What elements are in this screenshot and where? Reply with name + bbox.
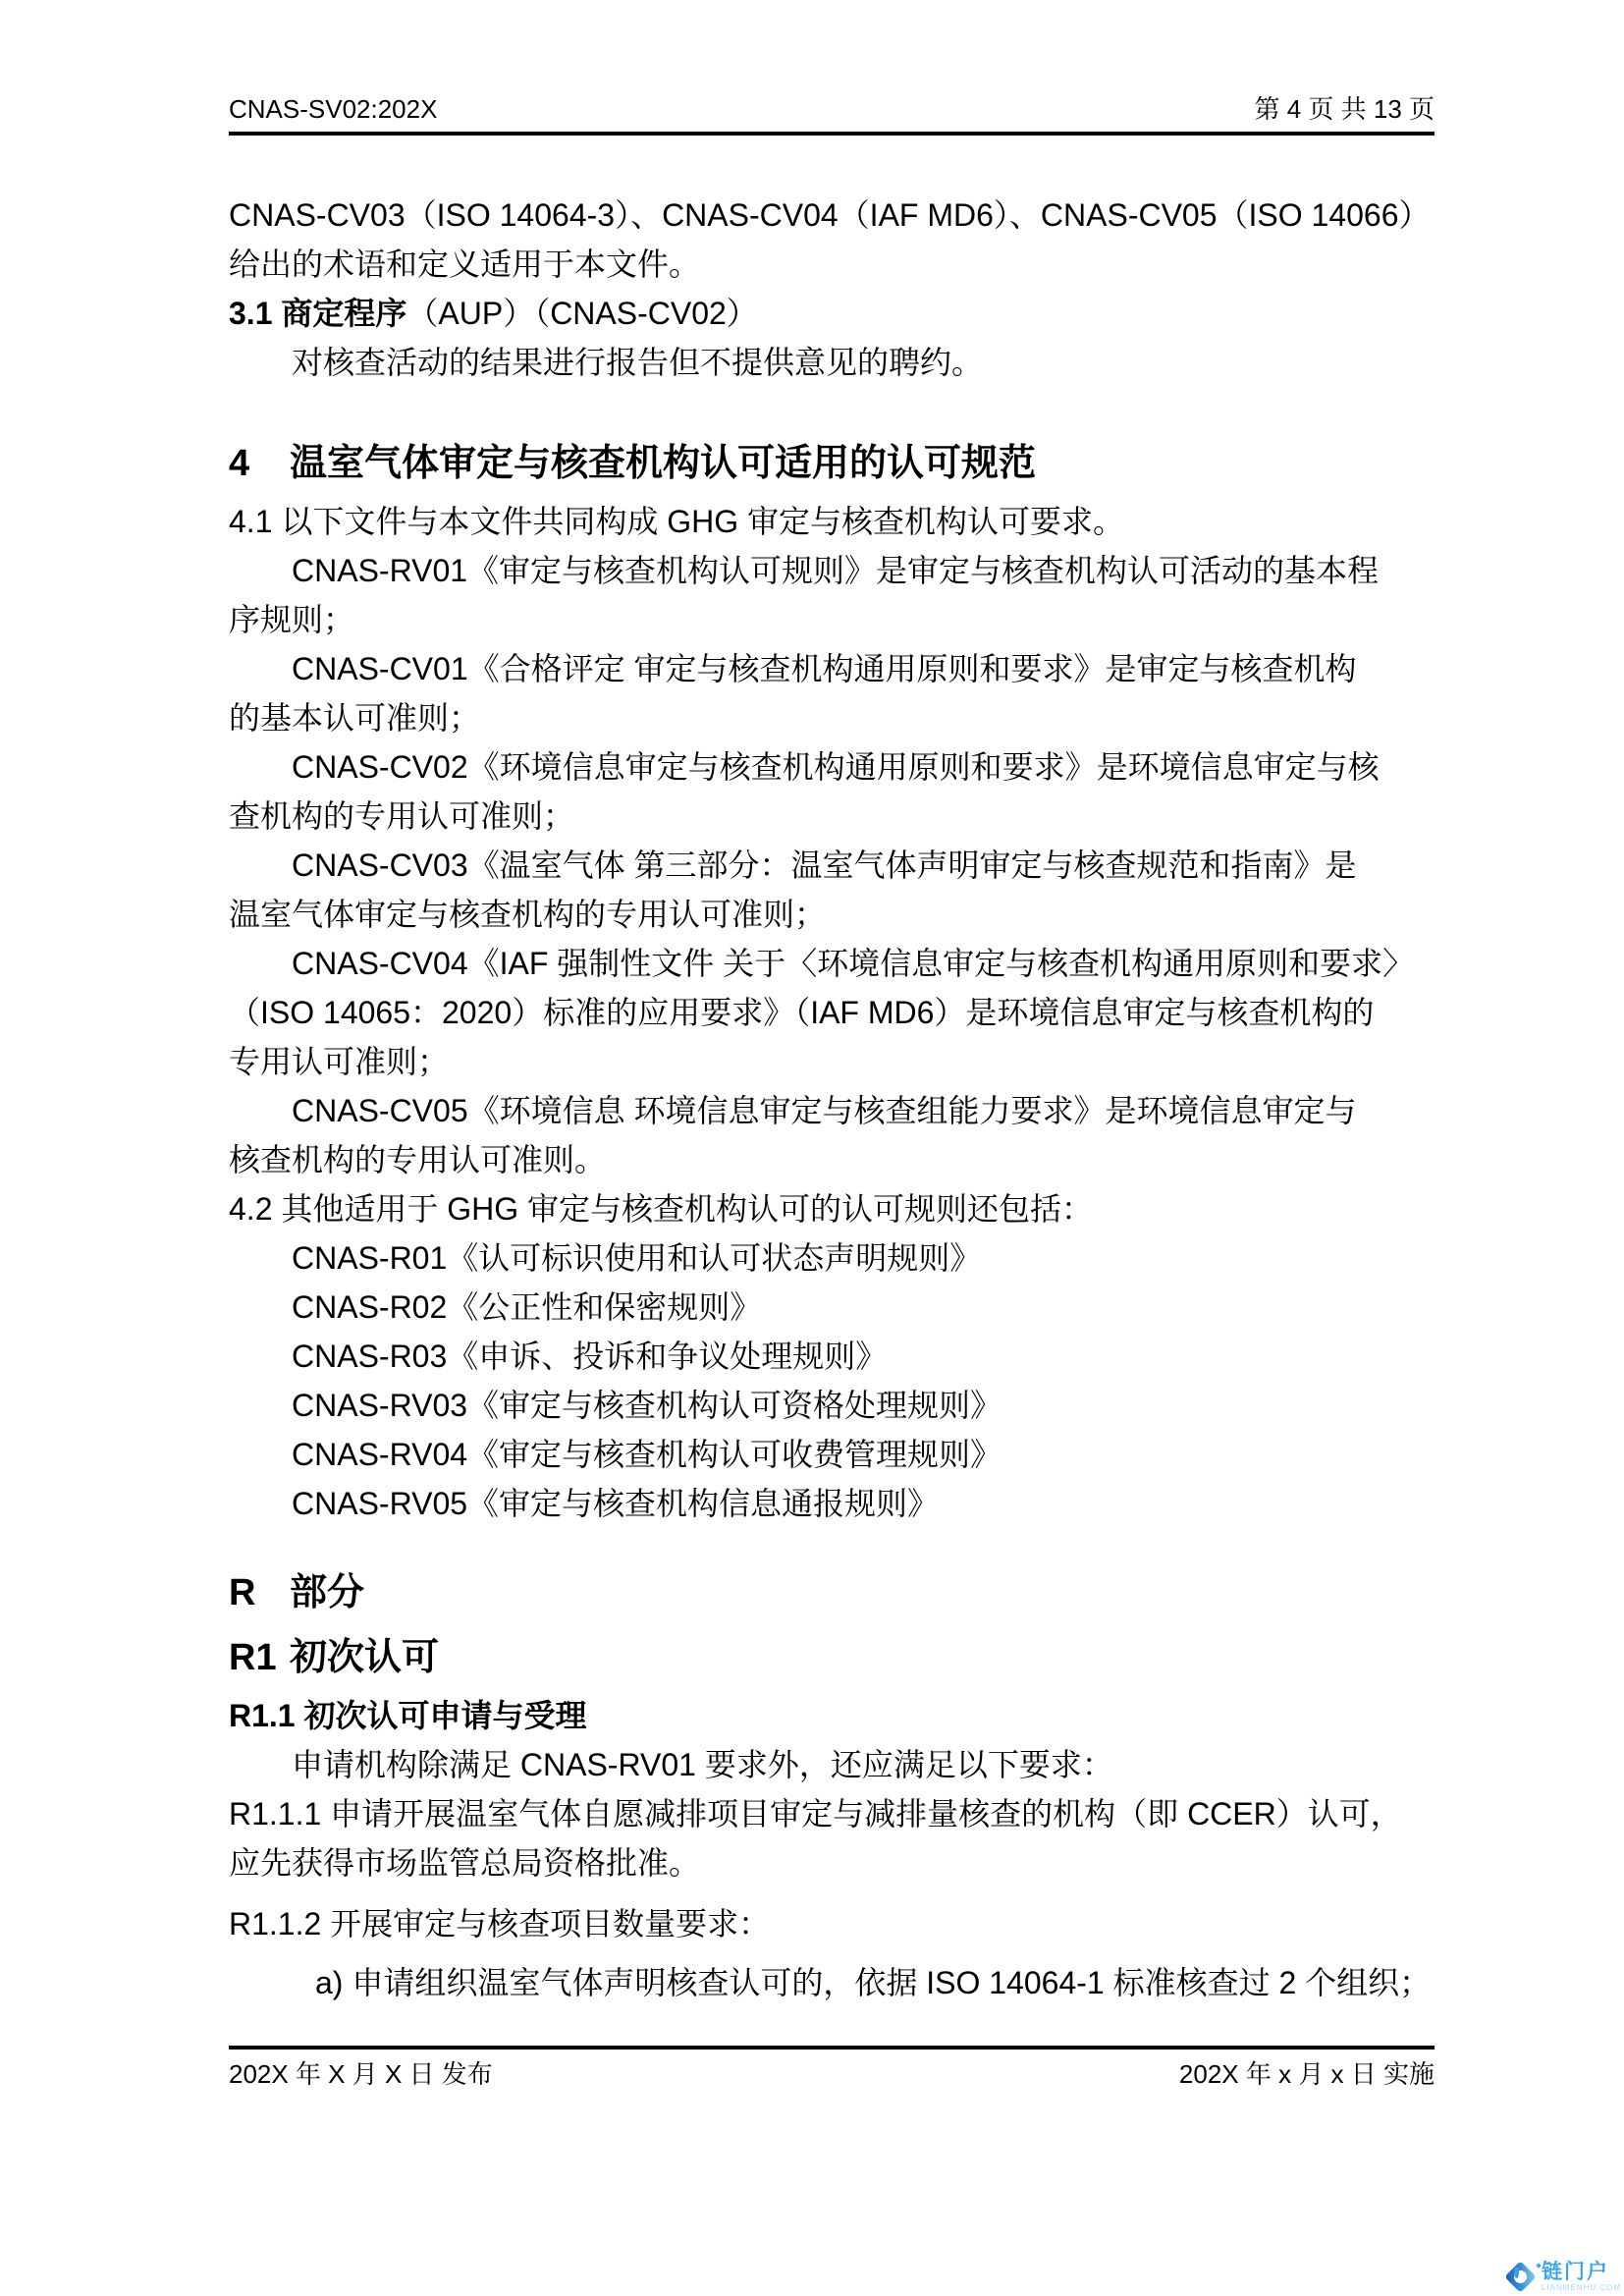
section-r1-number: R1 <box>229 1628 290 1687</box>
clause-r1-1-2: R1.1.2 开展审定与核查项目数量要求： <box>229 1899 1466 1948</box>
page-footer: 202X 年 X 月 X 日 发布 202X 年 x 月 x 日 实施 <box>229 2046 1435 2089</box>
body-line: 温室气体审定与核查机构的专用认可准则； <box>229 890 1466 939</box>
section-4-title: 温室气体审定与核查机构认可适用的认可规范 <box>290 443 1036 484</box>
rule-list-item: CNAS-RV03《审定与核查机构认可资格处理规则》 <box>229 1381 1466 1430</box>
watermark-domain: LIANMENHU.COM <box>1542 2284 1621 2292</box>
rule-list-item: CNAS-R03《申诉、投诉和争议处理规则》 <box>229 1332 1466 1381</box>
clause-r1-1-heading: R1.1 初次认可申请与受理 <box>229 1691 1466 1740</box>
diamond-logo-icon <box>1504 2261 1537 2293</box>
document-page: CNAS-SV02:202X 第 4 页 共 13 页 CNAS-CV03（IS… <box>0 0 1624 2296</box>
intro-line-1: CNAS-CV03（ISO 14064-3）、CNAS-CV04（IAF MD6… <box>229 191 1466 240</box>
body-line: 的基本认可准则； <box>229 693 1466 742</box>
watermark-text: 链门户 LIANMENHU.COM <box>1542 2262 1621 2292</box>
body-line: 专用认可准则； <box>229 1037 1466 1086</box>
body-line: CNAS-CV02《环境信息审定与核查机构通用原则和要求》是环境信息审定与核 <box>229 742 1466 792</box>
body-line: （ISO 14065：2020）标准的应用要求》（IAF MD6）是环境信息审定… <box>229 988 1466 1037</box>
watermark-logo: 链门户 LIANMENHU.COM <box>1505 2262 1621 2292</box>
clause-4-2: 4.2 其他适用于 GHG 审定与核查机构认可的认可规则还包括： <box>229 1184 1466 1233</box>
list-item-a: a) 申请组织温室气体声明核查认可的，依据 ISO 14064-1 标准核查过 … <box>229 1958 1466 2007</box>
body-line: 查机构的专用认可准则； <box>229 792 1466 841</box>
section-r-title: 部分 <box>290 1572 364 1613</box>
watermark-brand: 链门户 <box>1542 2262 1621 2282</box>
intro-line-2: 给出的术语和定义适用于本文件。 <box>229 240 1466 289</box>
rule-list-item: CNAS-RV04《审定与核查机构认可收费管理规则》 <box>229 1430 1466 1479</box>
section-r-heading: R部分 <box>229 1563 1466 1622</box>
header-page-info: 第 4 页 共 13 页 <box>1255 94 1435 124</box>
section-r1-heading: R1初次认可 <box>229 1628 1466 1687</box>
section-4-number: 4 <box>229 434 290 493</box>
body-line: 应先获得市场监管总局资格批准。 <box>229 1838 1466 1887</box>
diamond-logo-crescent <box>1514 2268 1519 2278</box>
body-line: CNAS-CV03《温室气体 第三部分：温室气体声明审定与核查规范和指南》是 <box>229 841 1466 890</box>
footer-implement-date: 202X 年 x 月 x 日 实施 <box>1179 2059 1435 2089</box>
clause-3-1-refs: （AUP）（CNAS-CV02） <box>406 296 757 331</box>
clause-r1-1-1: R1.1.1 申请开展温室气体自愿减排项目审定与减排量核查的机构（即 CCER）… <box>229 1789 1466 1838</box>
clause-3-1-term: 3.1 商定程序 <box>229 296 406 331</box>
section-r1-title: 初次认可 <box>290 1637 439 1678</box>
clause-3-1-heading: 3.1 商定程序（AUP）（CNAS-CV02） <box>229 289 1466 338</box>
body-line: CNAS-RV01《审定与核查机构认可规则》是审定与核查机构认可活动的基本程 <box>229 546 1466 595</box>
body-line: CNAS-CV01《合格评定 审定与核查机构通用原则和要求》是审定与核查机构 <box>229 644 1466 693</box>
footer-release-date: 202X 年 X 月 X 日 发布 <box>229 2059 493 2089</box>
body-line: CNAS-CV05《环境信息 环境信息审定与核查组能力要求》是环境信息审定与 <box>229 1086 1466 1135</box>
document-body: CNAS-CV03（ISO 14064-3）、CNAS-CV04（IAF MD6… <box>229 191 1466 2007</box>
diamond-logo-dot <box>1536 2263 1542 2269</box>
rule-list-item: CNAS-R02《公正性和保密规则》 <box>229 1283 1466 1332</box>
section-r-number: R <box>229 1563 290 1622</box>
rule-list-item: CNAS-R01《认可标识使用和认可状态声明规则》 <box>229 1233 1466 1283</box>
body-line: 序规则； <box>229 595 1466 644</box>
rule-list-item: CNAS-RV05《审定与核查机构信息通报规则》 <box>229 1479 1466 1528</box>
clause-3-1-definition: 对核查活动的结果进行报告但不提供意见的聘约。 <box>229 338 1466 387</box>
body-line: CNAS-CV04《IAF 强制性文件 关于〈环境信息审定与核查机构通用原则和要… <box>229 939 1466 988</box>
body-line: 核查机构的专用认可准则。 <box>229 1135 1466 1184</box>
clause-4-1: 4.1 以下文件与本文件共同构成 GHG 审定与核查机构认可要求。 <box>229 497 1466 546</box>
section-4-heading: 4温室气体审定与核查机构认可适用的认可规范 <box>229 434 1466 493</box>
header-doc-number: CNAS-SV02:202X <box>229 94 437 124</box>
body-line: 申请机构除满足 CNAS-RV01 要求外，还应满足以下要求： <box>229 1740 1466 1789</box>
page-header: CNAS-SV02:202X 第 4 页 共 13 页 <box>229 94 1435 136</box>
